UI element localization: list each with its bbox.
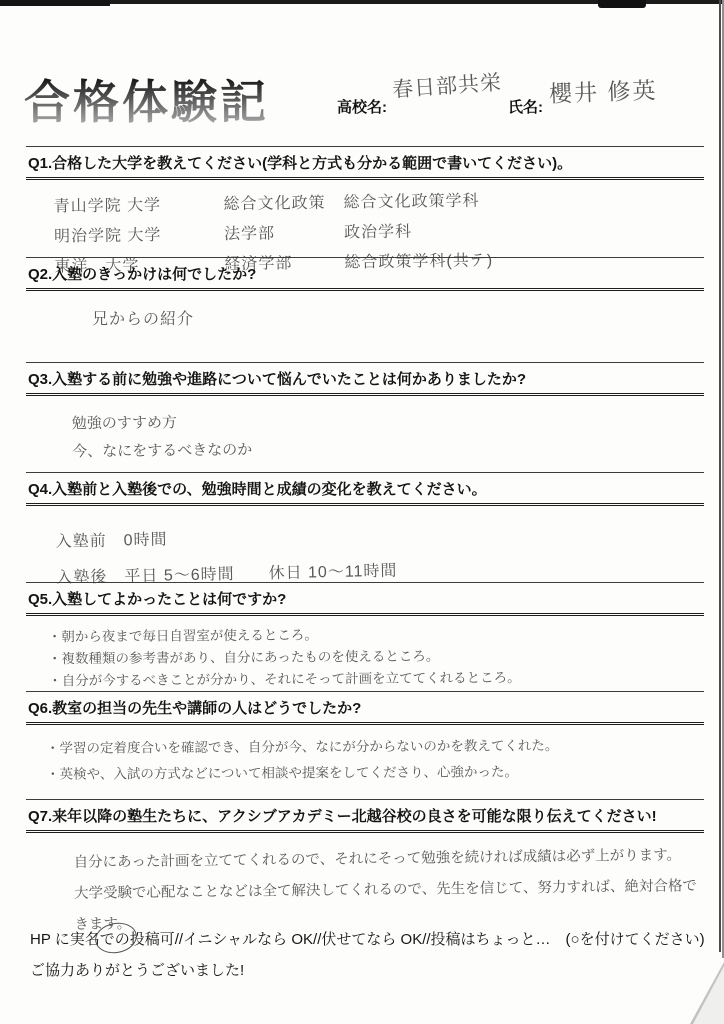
question-label-q6: Q6.教室の担当の先生や講師の人はどうでしたか? [26, 691, 704, 725]
answer-q6-line1: ・学習の定着度合いを確認でき、自分が今、なにが分からないのかを教えてくれた。 [46, 732, 704, 761]
thank-you-line: ご協力ありがとうございました! [30, 959, 244, 980]
scan-corner-fold [693, 966, 724, 1024]
answer-q3-line2: 今、なにをするべきなのか [72, 432, 704, 467]
question-label-q7: Q7.来年以降の塾生たちに、アクシブアカデミー北越谷校の良さを可能な限り伝えてく… [26, 799, 704, 833]
answer-list-q3: 勉強のすすめ方 今、なにをするべきなのか [72, 404, 705, 467]
page-title: 合格体験記 [24, 66, 269, 132]
consent-circled-text: での [100, 931, 130, 948]
scan-right-edge-dark [719, 0, 721, 952]
question-section-q1: Q1.合格した大学を教えてください(学科と方式も分かる範囲で書いてください)。 … [26, 146, 704, 272]
answer-q2-line1: 兄からの紹介 [92, 306, 704, 329]
question-section-q6: Q6.教室の担当の先生や講師の人はどうでしたか? ・学習の定着度合いを確認でき、… [26, 691, 704, 786]
q1-university-2: 明治学院 大学 [54, 221, 224, 246]
answer-q5-line3: ・自分が今するべきことが分かり、それにそって計画を立ててくれるところ。 [48, 666, 704, 693]
consent-circled-choice: での [100, 928, 130, 949]
scanned-form-page: 合格体験記 高校名: 春日部共栄 氏名: 櫻井 修英 Q1.合格した大学を教えて… [0, 0, 724, 1024]
q1-department-1: 総合文化政策学科 [343, 184, 703, 212]
question-label-q5: Q5.入塾してよかったことは何ですか? [26, 582, 704, 616]
question-label-q2: Q2.入塾のきっかけは何でしたか? [26, 257, 704, 291]
question-section-q7: Q7.来年以降の塾生たちに、アクシブアカデミー北越谷校の良さを可能な限り伝えてく… [26, 799, 704, 937]
answer-q6-line2: ・英検や、入試の方式などについて相談や提案をしてくださり、心強かった。 [46, 758, 704, 787]
question-label-q4: Q4.入塾前と入塾後での、勉強時間と成績の変化を教えてください。 [26, 472, 704, 506]
question-section-q5: Q5.入塾してよかったことは何ですか? ・朝から夜まで毎日自習室が使えるところ。… [26, 582, 704, 690]
school-name-label: 高校名: [337, 96, 387, 117]
question-label-q3: Q3.入塾する前に勉強や進路について悩んでいたことは何かありましたか? [26, 362, 704, 396]
scan-top-edge-shadow-mid [598, 0, 646, 8]
publication-consent-line: HP に実名での投稿可//イニシャルなら OK//伏せてなら OK//投稿はちょ… [30, 928, 705, 949]
answer-list-q7: 自分にあった計画を立ててくれるので、それにそって勉強を続ければ成績は必ず上がりま… [73, 840, 704, 941]
consent-prefix: HP に実名 [30, 931, 100, 948]
school-name-handwritten: 春日部共栄 [391, 66, 503, 104]
question-section-q4: Q4.入塾前と入塾後での、勉強時間と成績の変化を教えてください。 入塾前 0時間… [26, 472, 704, 590]
question-section-q2: Q2.入塾のきっかけは何でしたか? 兄からの紹介 [26, 257, 704, 329]
q1-department-2: 政治学科 [344, 214, 704, 242]
scan-top-edge-shadow-left [0, 0, 110, 6]
consent-suffix: 投稿可//イニシャルなら OK//伏せてなら OK//投稿はちょっと… (○を付… [130, 931, 705, 948]
student-name-handwritten: 櫻井 修英 [548, 72, 657, 109]
answer-list-q5: ・朝から夜まで毎日自習室が使えるところ。 ・複数種類の参考書があり、自分にあった… [48, 622, 704, 693]
q1-faculty-2: 法学部 [224, 219, 344, 244]
q1-faculty-1: 総合文化政策 [223, 189, 343, 214]
question-section-q3: Q3.入塾する前に勉強や進路について悩んでいたことは何かありましたか? 勉強のす… [26, 362, 704, 463]
q1-university-1: 青山学院 大学 [53, 191, 223, 216]
student-name-label: 氏名: [508, 96, 543, 117]
question-label-q1: Q1.合格した大学を教えてください(学科と方式も分かる範囲で書いてください)。 [26, 146, 704, 180]
answer-list-q6: ・学習の定着度合いを確認でき、自分が今、なにが分からないのかを教えてくれた。 ・… [46, 732, 704, 787]
